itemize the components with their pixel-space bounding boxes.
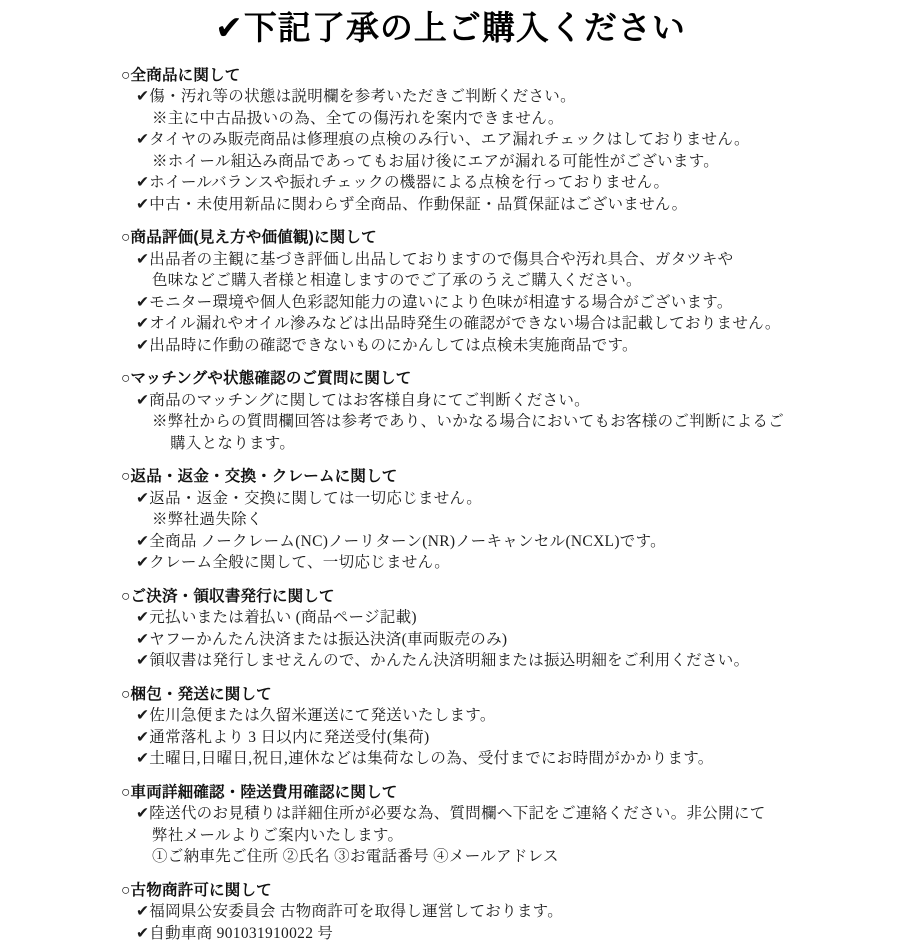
terms-section: ○古物商許可に関して✔福岡県公安委員会 古物商許可を取得し運営しております。✔自… — [121, 880, 861, 945]
check-line: ✔領収書は発行しませえんので、かんたん決済明細または振込明細をご利用ください。 — [121, 650, 861, 672]
section-heading: ○車両詳細確認・陸送費用確認に関して — [121, 782, 861, 804]
purchase-terms-document: ✔下記了承の上ご購入ください ○全商品に関して✔傷・汚れ等の状態は説明欄を参考い… — [0, 0, 901, 945]
check-line: ✔中古・未使用新品に関わらず全商品、作動保証・品質保証はございません。 — [121, 194, 861, 216]
section-heading: ○マッチングや状態確認のご質問に関して — [121, 368, 861, 390]
section-heading: ○ご決済・領収書発行に関して — [121, 586, 861, 608]
section-heading: ○返品・返金・交換・クレームに関して — [121, 466, 861, 488]
note-line: ※ホイール組込み商品であってもお届け後にエアが漏れる可能性がございます。 — [121, 151, 861, 173]
continuation-line: 弊社メールよりご案内いたします。 — [121, 825, 861, 847]
check-line: ✔傷・汚れ等の状態は説明欄を参考いただきご判断ください。 — [121, 86, 861, 108]
continuation-line: 購入となります。 — [121, 433, 861, 455]
check-line: ✔自動車商 901031910022 号 — [121, 923, 861, 945]
continuation-line: ①ご納車先ご住所 ②氏名 ③お電話番号 ④メールアドレス — [121, 846, 861, 868]
section-heading: ○梱包・発送に関して — [121, 684, 861, 706]
section-heading: ○商品評価(見え方や価値観)に関して — [121, 227, 861, 249]
check-line: ✔通常落札より 3 日以内に発送受付(集荷) — [121, 727, 861, 749]
continuation-line: 色味などご購入者様と相違しますのでご了承のうえご購入ください。 — [121, 270, 861, 292]
check-line: ✔出品者の主観に基づき評価し出品しておりますので傷具合や汚れ具合、ガタツキや — [121, 249, 861, 271]
note-line: ※弊社過失除く — [121, 509, 861, 531]
check-line: ✔タイヤのみ販売商品は修理痕の点検のみ行い、エア漏れチェックはしておりません。 — [121, 129, 861, 151]
check-line: ✔陸送代のお見積りは詳細住所が必要な為、質問欄へ下記をご連絡ください。非公開にて — [121, 803, 861, 825]
check-line: ✔ヤフーかんたん決済または振込決済(車両販売のみ) — [121, 629, 861, 651]
note-line: ※弊社からの質問欄回答は参考であり、いかなる場合においてもお客様のご判断によるご — [121, 411, 861, 433]
check-line: ✔モニター環境や個人色彩認知能力の違いにより色味が相違する場合がございます。 — [121, 292, 861, 314]
terms-section: ○車両詳細確認・陸送費用確認に関して✔陸送代のお見積りは詳細住所が必要な為、質問… — [121, 782, 861, 868]
check-line: ✔商品のマッチングに関してはお客様自身にてご判断ください。 — [121, 390, 861, 412]
note-line: ※主に中古品扱いの為、全ての傷汚れを案内できません。 — [121, 108, 861, 130]
sections-container: ○全商品に関して✔傷・汚れ等の状態は説明欄を参考いただきご判断ください。※主に中… — [121, 65, 861, 945]
terms-section: ○ご決済・領収書発行に関して✔元払いまたは着払い (商品ページ記載)✔ヤフーかん… — [121, 586, 861, 672]
terms-section: ○商品評価(見え方や価値観)に関して✔出品者の主観に基づき評価し出品しております… — [121, 227, 861, 356]
terms-section: ○梱包・発送に関して✔佐川急便または久留米運送にて発送いたします。✔通常落札より… — [121, 684, 861, 770]
check-line: ✔元払いまたは着払い (商品ページ記載) — [121, 607, 861, 629]
section-heading: ○古物商許可に関して — [121, 880, 861, 902]
terms-section: ○全商品に関して✔傷・汚れ等の状態は説明欄を参考いただきご判断ください。※主に中… — [121, 65, 861, 216]
check-line: ✔クレーム全般に関して、一切応じません。 — [121, 552, 861, 574]
terms-section: ○返品・返金・交換・クレームに関して✔返品・返金・交換に関しては一切応じません。… — [121, 466, 861, 574]
terms-section: ○マッチングや状態確認のご質問に関して✔商品のマッチングに関してはお客様自身にて… — [121, 368, 861, 454]
page-title: ✔下記了承の上ご購入ください — [0, 6, 901, 51]
check-line: ✔全商品 ノークレーム(NC)ノーリターン(NR)ノーキャンセル(NCXL)です… — [121, 531, 861, 553]
section-heading: ○全商品に関して — [121, 65, 861, 87]
check-line: ✔福岡県公安委員会 古物商許可を取得し運営しております。 — [121, 901, 861, 923]
check-line: ✔ホイールバランスや振れチェックの機器による点検を行っておりません。 — [121, 172, 861, 194]
check-line: ✔土曜日,日曜日,祝日,連休などは集荷なしの為、受付までにお時間がかかります。 — [121, 748, 861, 770]
check-line: ✔出品時に作動の確認できないものにかんしては点検未実施商品です。 — [121, 335, 861, 357]
check-line: ✔佐川急便または久留米運送にて発送いたします。 — [121, 705, 861, 727]
check-line: ✔オイル漏れやオイル滲みなどは出品時発生の確認ができない場合は記載しておりません… — [121, 313, 861, 335]
check-line: ✔返品・返金・交換に関しては一切応じません。 — [121, 488, 861, 510]
